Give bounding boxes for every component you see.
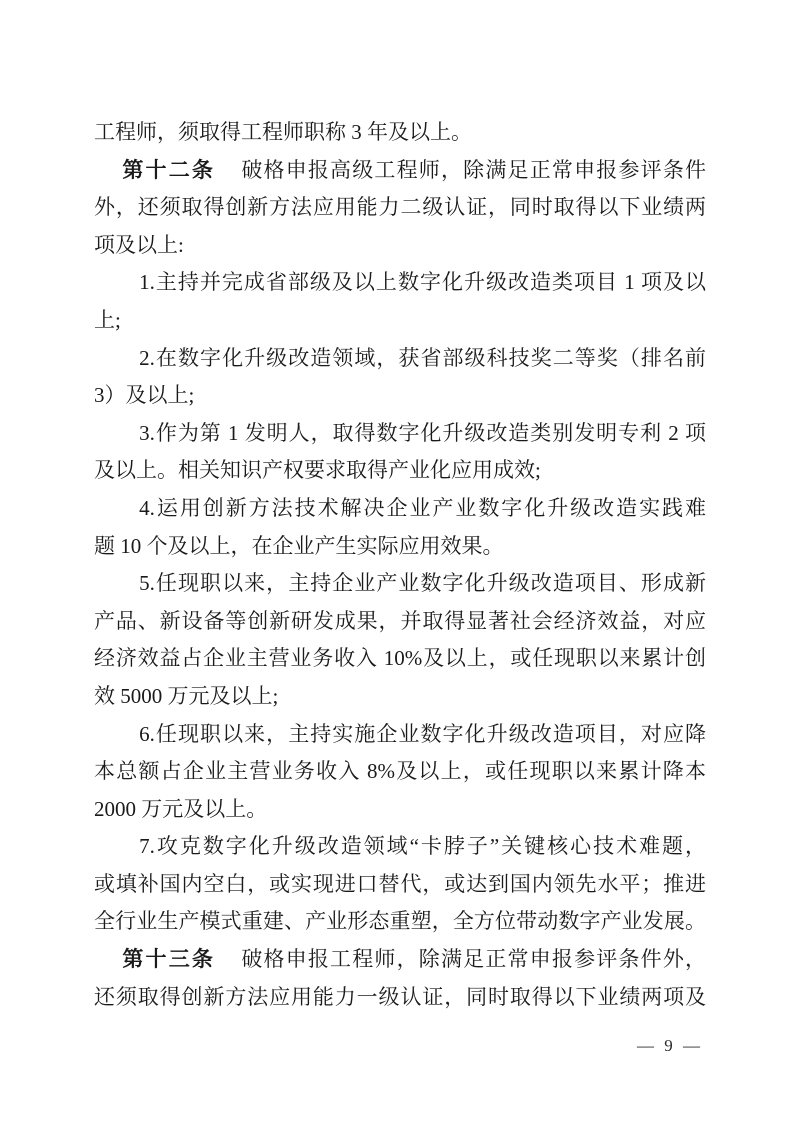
- text-line: 外，还须取得创新方法应用能力二级认证，同时取得以下业绩两: [94, 189, 706, 227]
- text-line: 4.运用创新方法技术解决企业产业数字化升级改造实践难: [94, 490, 706, 528]
- text-line: 项及以上:: [94, 227, 706, 265]
- text-line: 6.任现职以来，主持实施企业数字化升级改造项目，对应降: [94, 716, 706, 754]
- article-heading: 第十三条: [122, 948, 215, 971]
- text-line: 2.在数字化升级改造领域，获省部级科技奖二等奖（排名前: [94, 340, 706, 378]
- text-line: 题 10 个及以上，在企业产生实际应用效果。: [94, 528, 706, 566]
- text-line: 还须取得创新方法应用能力一级认证，同时取得以下业绩两项及: [94, 979, 706, 1017]
- text-line: 3）及以上;: [94, 377, 706, 415]
- text-line: 效 5000 万元及以上;: [94, 678, 706, 716]
- document-body: 工程师，须取得工程师职称 3 年及以上。第十二条破格申报高级工程师，除满足正常申…: [94, 114, 706, 1016]
- text-line: 第十三条破格申报工程师，除满足正常申报参评条件外，: [94, 941, 706, 979]
- text-line: 7.攻克数字化升级改造领域“卡脖子”关键核心技术难题，: [94, 828, 706, 866]
- text-line: 第十二条破格申报高级工程师，除满足正常申报参评条件: [94, 152, 706, 190]
- text-line: 或填补国内空白，或实现进口替代，或达到国内领先水平；推进: [94, 866, 706, 904]
- text-line: 3.作为第 1 发明人，取得数字化升级改造类别发明专利 2 项: [94, 415, 706, 453]
- text-line: 产品、新设备等创新研发成果，并取得显著社会经济效益，对应: [94, 603, 706, 641]
- text-line: 工程师，须取得工程师职称 3 年及以上。: [94, 114, 706, 152]
- text-line: 5.任现职以来，主持企业产业数字化升级改造项目、形成新: [94, 565, 706, 603]
- text-line: 全行业生产模式重建、产业形态重塑，全方位带动数字产业发展。: [94, 903, 706, 941]
- text-line: 2000 万元及以上。: [94, 791, 706, 829]
- text-line: 及以上。相关知识产权要求取得产业化应用成效;: [94, 452, 706, 490]
- text-line: 1.主持并完成省部级及以上数字化升级改造类项目 1 项及以: [94, 264, 706, 302]
- document-page: 工程师，须取得工程师职称 3 年及以上。第十二条破格申报高级工程师，除满足正常申…: [0, 0, 793, 1122]
- text-line: 经济效益占企业主营业务收入 10%及以上，或任现职以来累计创: [94, 640, 706, 678]
- text-line: 本总额占企业主营业务收入 8%及以上，或任现职以来累计降本: [94, 753, 706, 791]
- article-heading: 第十二条: [122, 159, 215, 182]
- text-line: 上;: [94, 302, 706, 340]
- page-number: — 9 —: [637, 1036, 703, 1056]
